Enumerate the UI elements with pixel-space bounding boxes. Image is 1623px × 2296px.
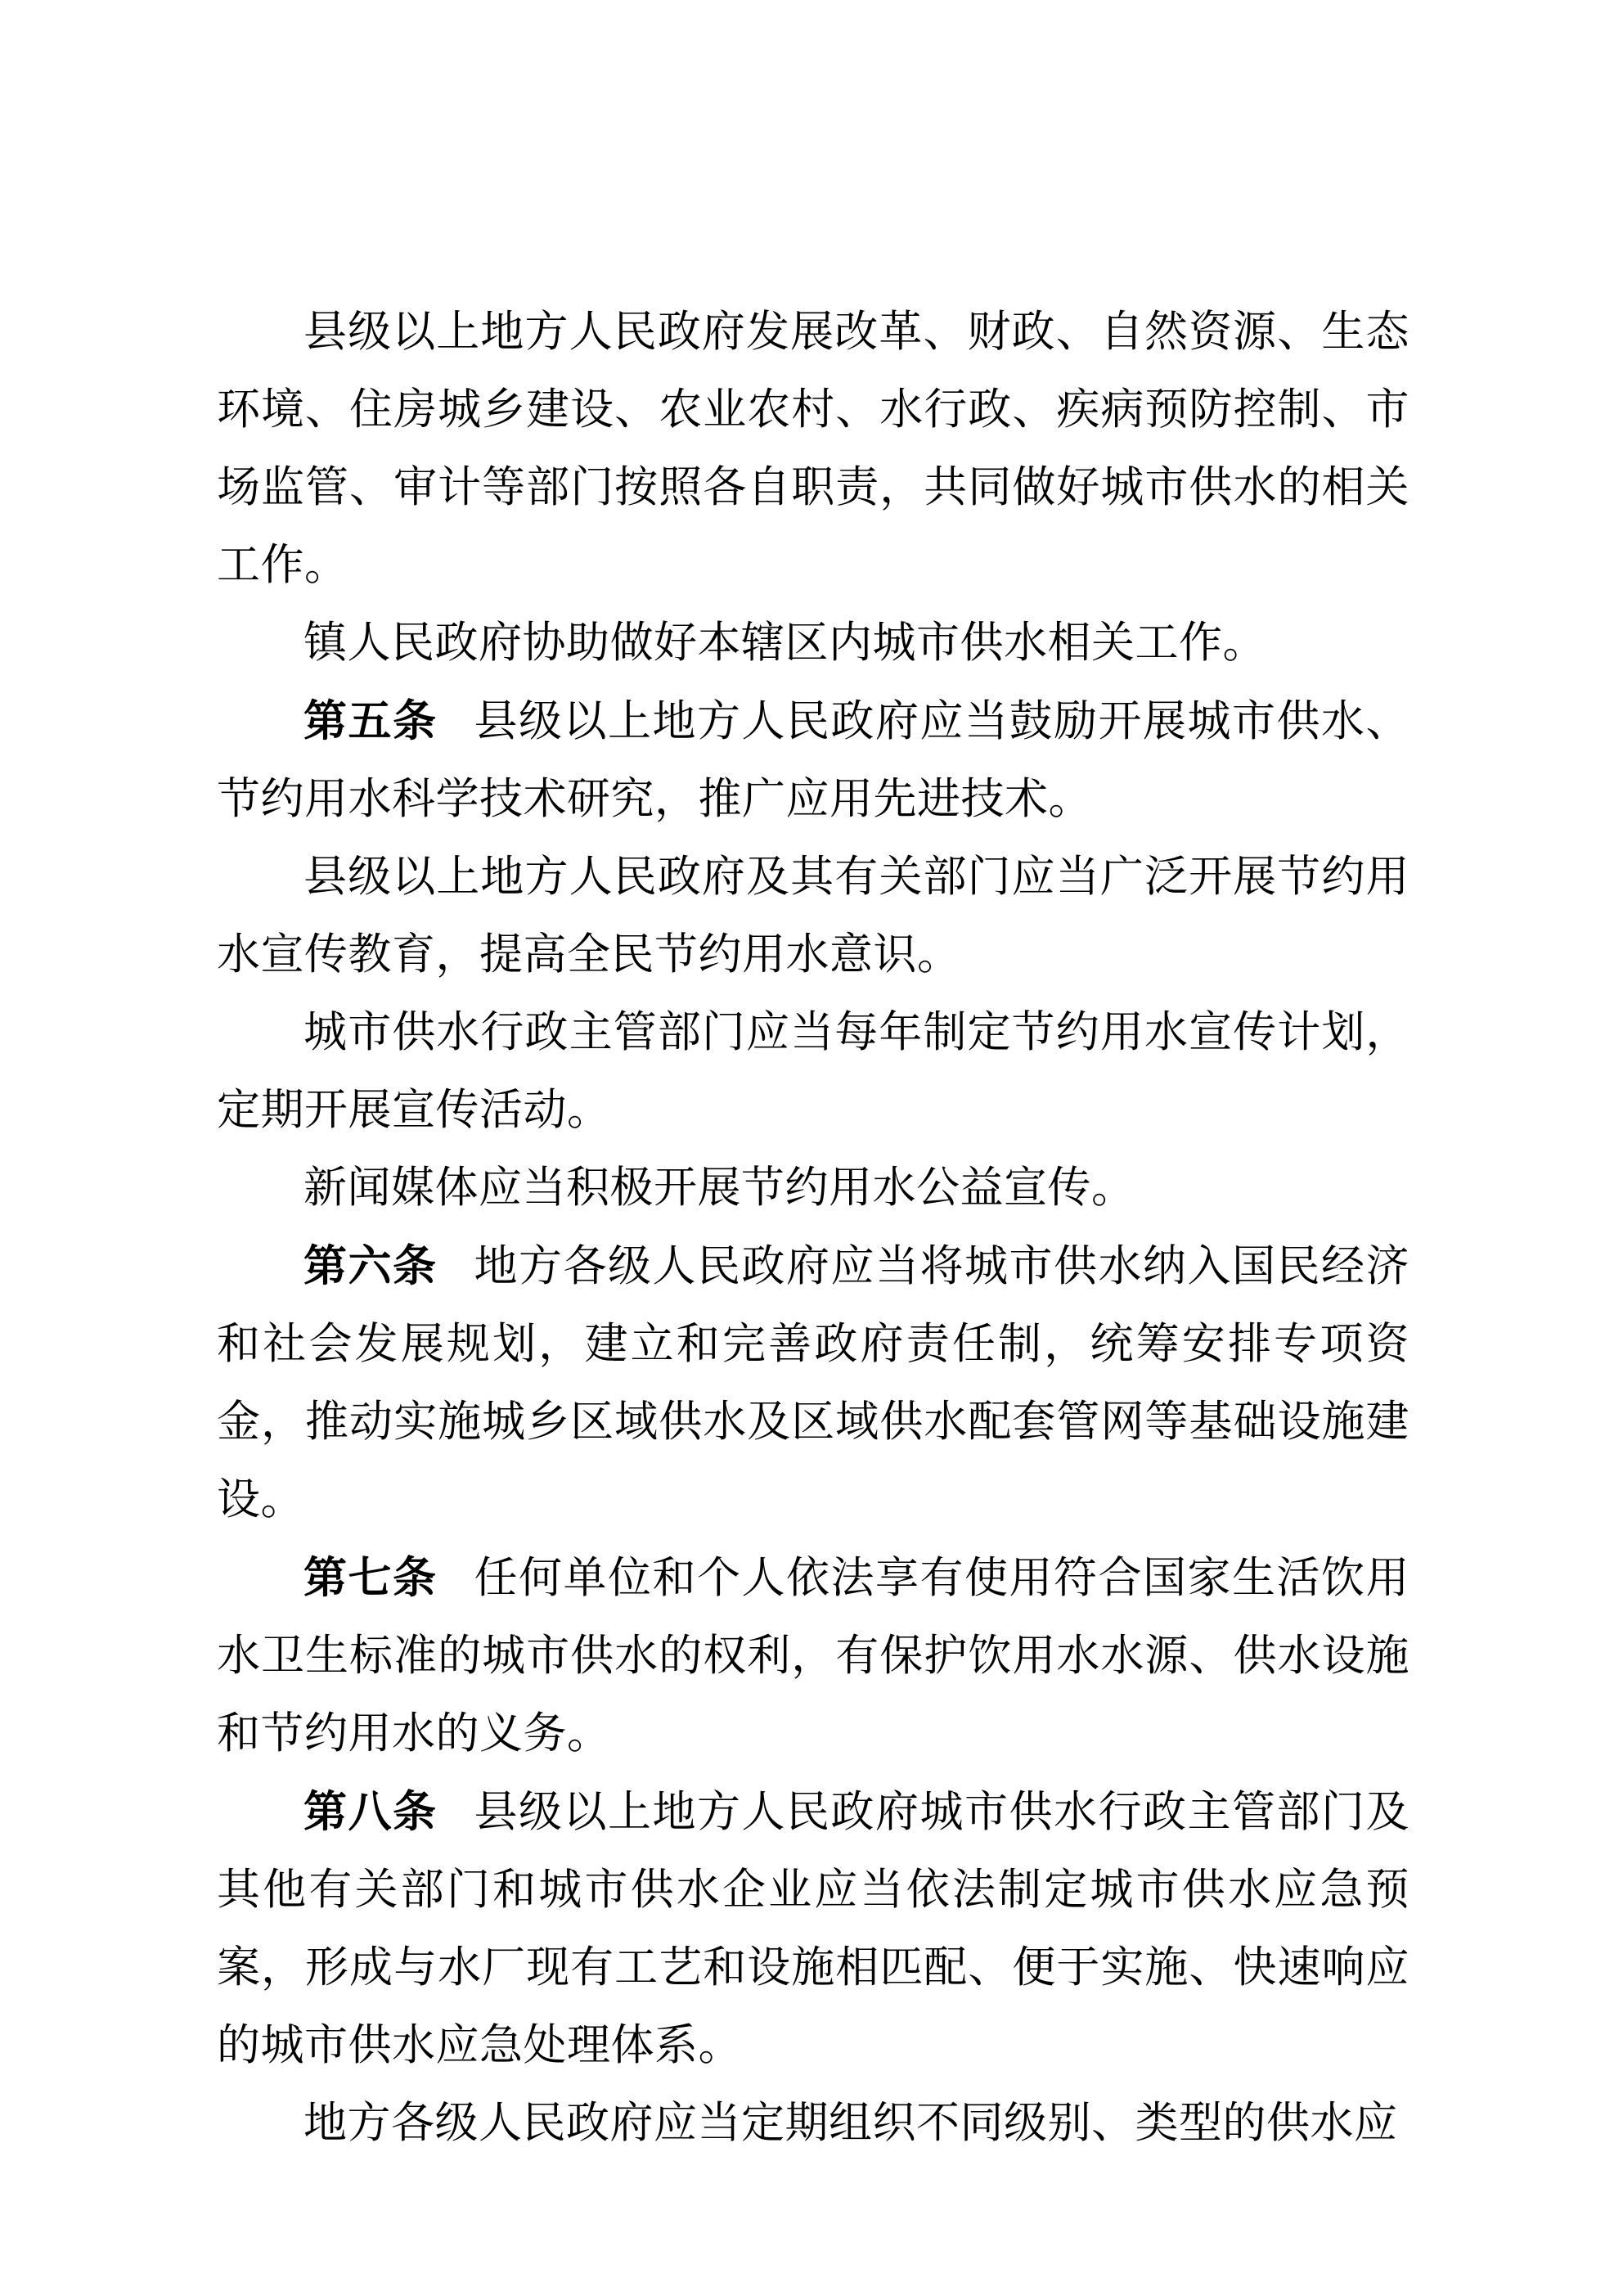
paragraph-text: 县级以上地方人民政府及其有关部门应当广泛开展节约用水宣传教育，提高全民节约用水意… [217,853,1409,979]
paragraph-text: 新闻媒体应当积极开展节约用水公益宣传。 [303,1164,1135,1212]
paragraph: 新闻媒体应当积极开展节约用水公益宣传。 [217,1150,1409,1227]
paragraph-text: 地方各级人民政府应当定期组织不同级别、类型的供水应 [303,2100,1398,2147]
paragraph: 县级以上地方人民政府发展改革、财政、自然资源、生态环境、住房城乡建设、农业农村、… [217,294,1409,605]
paragraph: 第八条县级以上地方人民政府城市供水行政主管部门及其他有关部门和城市供水企业应当依… [217,1773,1409,2085]
paragraph: 第五条县级以上地方人民政府应当鼓励开展城市供水、节约用水科学技术研究，推广应用先… [217,682,1409,839]
paragraph-text: 县级以上地方人民政府发展改革、财政、自然资源、生态环境、住房城乡建设、农业农村、… [217,308,1409,589]
paragraph: 镇人民政府协助做好本辖区内城市供水相关工作。 [217,605,1409,682]
article-number: 第八条 [303,1788,438,1836]
paragraph: 县级以上地方人民政府及其有关部门应当广泛开展节约用水宣传教育，提高全民节约用水意… [217,839,1409,994]
paragraph: 城市供水行政主管部门应当每年制定节约用水宣传计划，定期开展宣传活动。 [217,994,1409,1150]
article-number: 第五条 [303,697,438,745]
article-number: 第六条 [303,1242,438,1290]
document-body: 县级以上地方人民政府发展改革、财政、自然资源、生态环境、住房城乡建设、农业农村、… [217,294,1409,2163]
paragraph: 第六条地方各级人民政府应当将城市供水纳入国民经济和社会发展规划，建立和完善政府责… [217,1227,1409,1539]
paragraph: 第七条任何单位和个人依法享有使用符合国家生活饮用水卫生标准的城市供水的权利，有保… [217,1539,1409,1773]
paragraph: 地方各级人民政府应当定期组织不同级别、类型的供水应 [217,2085,1409,2163]
paragraph-text: 城市供水行政主管部门应当每年制定节约用水宣传计划，定期开展宣传活动。 [217,1009,1409,1134]
article-number: 第七条 [303,1554,438,1602]
document-page: 县级以上地方人民政府发展改革、财政、自然资源、生态环境、住房城乡建设、农业农村、… [0,0,1623,2296]
paragraph-text: 镇人民政府协助做好本辖区内城市供水相关工作。 [303,619,1266,667]
